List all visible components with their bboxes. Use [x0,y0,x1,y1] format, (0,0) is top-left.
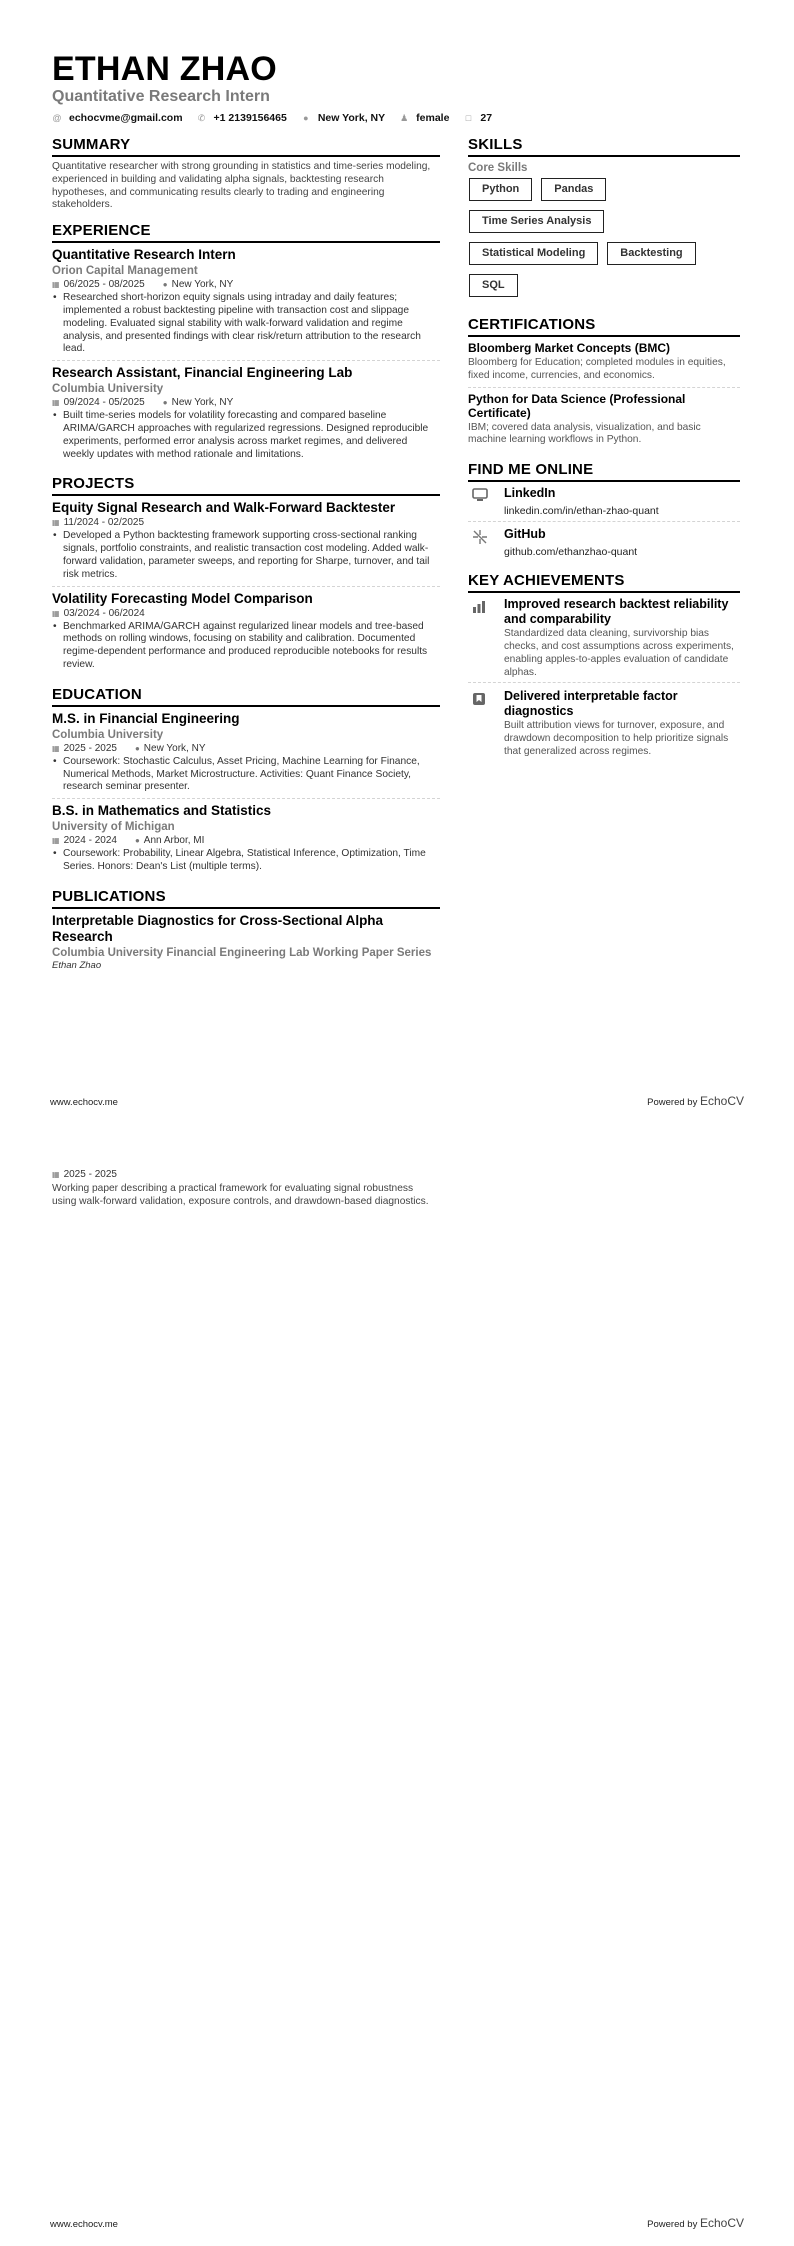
experience-entry: Research Assistant, Financial Engineerin… [52,365,440,465]
entry-location: New York, NY [144,743,206,755]
calendar-icon: ▦ [52,608,60,620]
age-text: 27 [480,112,492,124]
page-footer: www.echocv.me Powered by EchoCV [50,1094,744,1108]
bullet-text: Coursework: Probability, Linear Algebra,… [63,848,440,874]
contact-phone[interactable]: ✆ +1 2139156465 [197,112,287,124]
online-profile-github[interactable]: GitHub github.com/ethanzhao-quant [468,527,740,562]
contact-gender: ♟ female [399,112,449,124]
calendar-icon: □ [463,113,473,123]
location-pin-icon: ● [135,835,140,847]
project-entry: Volatility Forecasting Model Comparison … [52,591,440,676]
email-text: echocvme@gmail.com [69,112,183,124]
calendar-icon: ▦ [52,517,60,529]
candidate-name: ETHAN ZHAO [52,50,506,88]
bullet-point: •Built time-series models for volatility… [52,410,440,461]
contact-bar: @ echocvme@gmail.com ✆ +1 2139156465 ● N… [52,112,506,124]
section-title-summary: SUMMARY [52,136,440,157]
powered-by: Powered by EchoCV [647,2216,744,2230]
achievement-description: Standardized data cleaning, survivorship… [504,628,740,679]
bullet-point: •Benchmarked ARIMA/GARCH against regular… [52,621,440,672]
calendar-icon: ▦ [52,1169,60,1181]
degree-title: B.S. in Mathematics and Statistics [52,803,440,819]
powered-by: Powered by EchoCV [647,1094,744,1108]
location-pin-icon: ● [301,113,311,123]
achievement-entry: Improved research backtest reliability a… [468,597,740,683]
summary-section: SUMMARY Quantitative researcher with str… [52,136,440,212]
degree-title: M.S. in Financial Engineering [52,711,440,727]
entry-meta: ▦ 11/2024 - 02/2025 [52,517,440,529]
skills-section: SKILLS Core Skills Python Pandas Time Se… [468,136,740,306]
bullet-point: •Coursework: Probability, Linear Algebra… [52,848,440,874]
certification-entry: Bloomberg Market Concepts (BMC) Bloomber… [468,341,740,388]
page-footer: www.echocv.me Powered by EchoCV [50,2216,744,2230]
monitor-icon [468,486,504,518]
date-range: 2024 - 2024 [64,835,117,847]
certification-title: Bloomberg Market Concepts (BMC) [468,341,740,355]
left-column: SUMMARY Quantitative researcher with str… [52,136,440,986]
brand-name: EchoCV [700,2216,744,2230]
achievement-title: Improved research backtest reliability a… [504,597,740,626]
skill-category: Core Skills [468,161,740,175]
bullet-text: Coursework: Stochastic Calculus, Asset P… [63,756,440,794]
education-entry: B.S. in Mathematics and Statistics Unive… [52,803,440,878]
date-range: 11/2024 - 02/2025 [64,517,144,529]
online-section: FIND ME ONLINE LinkedIn linkedin.com/in/… [468,461,740,562]
bookmark-icon [468,689,504,758]
section-title-experience: EXPERIENCE [52,222,440,243]
certification-title: Python for Data Science (Professional Ce… [468,392,740,420]
entry-meta: ▦ 03/2024 - 06/2024 [52,608,440,620]
entry-meta: ▦ 06/2025 - 08/2025 ●New York, NY [52,279,440,291]
section-title-achievements: KEY ACHIEVEMENTS [468,572,740,593]
section-title-skills: SKILLS [468,136,740,157]
contact-location: ● New York, NY [301,112,385,124]
phone-text: +1 2139156465 [214,112,287,124]
candidate-title: Quantitative Research Intern [52,88,506,106]
experience-entry: Quantitative Research Intern Orion Capit… [52,247,440,361]
website-link[interactable]: www.echocv.me [50,1097,118,1108]
phone-icon: ✆ [197,113,207,124]
certification-entry: Python for Data Science (Professional Ce… [468,392,740,452]
location-pin-icon: ● [163,397,168,409]
date-range: 2025 - 2025 [64,1169,117,1181]
resume-header: ETHAN ZHAO Quantitative Research Intern … [52,50,506,124]
school-name: University of Michigan [52,820,440,834]
skill-chip: Time Series Analysis [469,210,604,233]
publication-venue: Columbia University Financial Engineerin… [52,946,440,960]
profile-url[interactable]: linkedin.com/in/ethan-zhao-quant [504,504,659,518]
calendar-icon: ▦ [52,397,60,409]
employer: Columbia University [52,382,440,396]
location-text: New York, NY [318,112,385,124]
contact-age: □ 27 [463,112,492,124]
contact-email[interactable]: @ echocvme@gmail.com [52,112,183,124]
certification-description: Bloomberg for Education; completed modul… [468,357,740,383]
calendar-icon: ▦ [52,743,60,755]
entry-meta: ▦ 09/2024 - 05/2025 ●New York, NY [52,397,440,409]
publication-description: Working paper describing a practical fra… [52,1183,440,1209]
date-range: 2025 - 2025 [64,743,117,755]
bullet-point: •Researched short-horizon equity signals… [52,292,440,356]
at-icon: @ [52,113,62,123]
section-title-publications: PUBLICATIONS [52,888,440,909]
date-range: 06/2025 - 08/2025 [64,279,145,291]
skill-chips: Python Pandas Time Series Analysis Stati… [468,178,740,306]
date-range: 03/2024 - 06/2024 [64,608,145,620]
project-title: Volatility Forecasting Model Comparison [52,591,440,607]
entry-meta: ▦ 2025 - 2025 [52,1169,440,1181]
experience-section: EXPERIENCE Quantitative Research Intern … [52,222,440,465]
online-profile-linkedin[interactable]: LinkedIn linkedin.com/in/ethan-zhao-quan… [468,486,740,522]
publication-title: Interpretable Diagnostics for Cross-Sect… [52,913,440,945]
profile-name: GitHub [504,527,637,542]
brand-name: EchoCV [700,1094,744,1108]
entry-meta: ▦ 2024 - 2024 ●Ann Arbor, MI [52,835,440,847]
publication-author: Ethan Zhao [52,960,440,972]
section-title-education: EDUCATION [52,686,440,707]
bullet-text: Researched short-horizon equity signals … [63,292,440,356]
location-pin-icon: ● [135,743,140,755]
job-title: Research Assistant, Financial Engineerin… [52,365,440,381]
location-pin-icon: ● [163,279,168,291]
section-title-certifications: CERTIFICATIONS [468,316,740,337]
profile-url[interactable]: github.com/ethanzhao-quant [504,545,637,559]
date-range: 09/2024 - 05/2025 [64,397,145,409]
bullet-point: •Developed a Python backtesting framewor… [52,530,440,581]
certification-description: IBM; covered data analysis, visualizatio… [468,422,740,448]
calendar-icon: ▦ [52,835,60,847]
entry-location: New York, NY [172,397,234,409]
achievement-description: Built attribution views for turnover, ex… [504,720,740,758]
summary-text: Quantitative researcher with strong grou… [52,161,440,212]
skill-chip: Pandas [541,178,606,201]
entry-meta: ▦ 2025 - 2025 ●New York, NY [52,743,440,755]
project-title: Equity Signal Research and Walk-Forward … [52,500,440,516]
publication-entry: Interpretable Diagnostics for Cross-Sect… [52,913,440,976]
person-icon: ♟ [399,113,409,124]
education-section: EDUCATION M.S. in Financial Engineering … [52,686,440,878]
section-title-online: FIND ME ONLINE [468,461,740,482]
broken-link-icon [468,527,504,559]
powered-by-label: Powered by [647,2219,697,2230]
bullet-text: Built time-series models for volatility … [63,410,440,461]
section-title-projects: PROJECTS [52,475,440,496]
skill-chip: SQL [469,274,518,297]
entry-location: Ann Arbor, MI [144,835,205,847]
skill-chip: Statistical Modeling [469,242,598,265]
employer: Orion Capital Management [52,264,440,278]
achievement-title: Delivered interpretable factor diagnosti… [504,689,740,718]
projects-section: PROJECTS Equity Signal Research and Walk… [52,475,440,675]
bar-chart-icon [468,597,504,679]
profile-name: LinkedIn [504,486,659,501]
skill-chip: Backtesting [607,242,695,265]
school-name: Columbia University [52,728,440,742]
job-title: Quantitative Research Intern [52,247,440,263]
certifications-section: CERTIFICATIONS Bloomberg Market Concepts… [468,316,740,451]
project-entry: Equity Signal Research and Walk-Forward … [52,500,440,586]
bullet-text: Developed a Python backtesting framework… [63,530,440,581]
bullet-text: Benchmarked ARIMA/GARCH against regulari… [63,621,440,672]
publications-section: PUBLICATIONS Interpretable Diagnostics f… [52,888,440,976]
achievement-entry: Delivered interpretable factor diagnosti… [468,689,740,761]
skill-chip: Python [469,178,532,201]
website-link[interactable]: www.echocv.me [50,2219,118,2230]
achievements-section: KEY ACHIEVEMENTS Improved research backt… [468,572,740,762]
education-entry: M.S. in Financial Engineering Columbia U… [52,711,440,799]
right-column: SKILLS Core Skills Python Pandas Time Se… [468,136,740,772]
bullet-point: •Coursework: Stochastic Calculus, Asset … [52,756,440,794]
entry-location: New York, NY [172,279,234,291]
calendar-icon: ▦ [52,279,60,291]
powered-by-label: Powered by [647,1097,697,1108]
publication-overflow: ▦ 2025 - 2025 Working paper describing a… [52,1168,440,1209]
gender-text: female [416,112,449,124]
